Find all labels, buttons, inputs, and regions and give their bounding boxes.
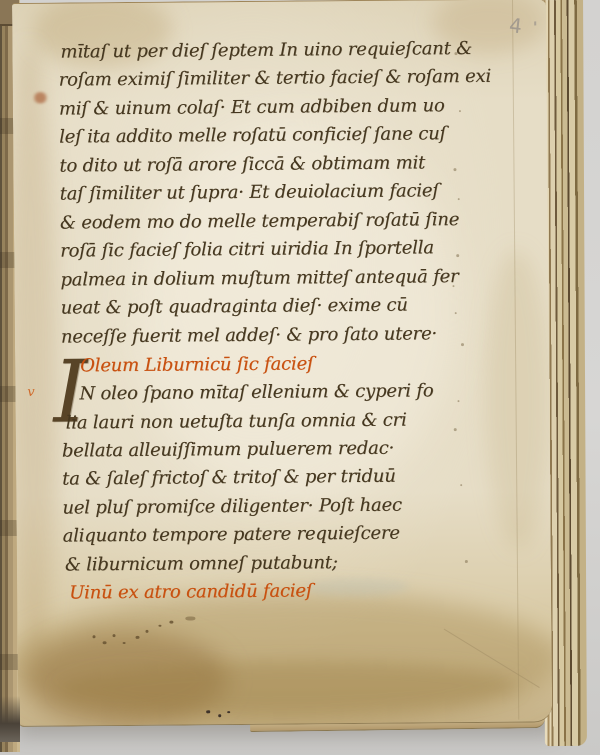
ink-speck [169,621,173,624]
scratch-mark [444,629,540,688]
text-line: & eodem mo do melle temperabiſ roſatū ſi… [60,209,459,234]
text-line: roſam eximiſ ſimiliter & tertio facieſ &… [59,66,492,91]
ink-speck [123,642,126,644]
text-line: roſā ſic facieſ folia citri uiridia In ſ… [60,237,434,262]
text-line: miſ & uinum colaſ· Et cum adbiben dum uo [59,95,445,120]
text-line: taſ ſimiliter ut ſupra· Et deuiolacium f… [60,180,439,205]
folio-tick-mark [534,21,536,25]
rubric-heading: Oleum Liburnicū ſic facieſ [80,353,313,377]
text-line: leſ ita addito melle roſatū conficieſ ſa… [59,123,446,148]
rubric-heading: Uinū ex atro candidū facieſ [69,580,312,604]
text-line: to dito ut roſā arore ſiccā & obtimam mi… [59,152,425,177]
margin-correction-mark: v [27,386,34,399]
margin-dot [454,428,457,431]
margin-dot [461,343,464,346]
ink-speck [136,636,140,639]
text-line: N oleo ſpano mītaſ ellenium & cyperi fo [79,380,433,405]
margin-dot [465,560,468,563]
text-line: lia lauri non uetuſta tunſa omnia & cri [66,410,407,435]
rust-blot [32,92,49,104]
ink-speck [158,625,161,627]
text-line: neceſſe fuerit mel addeſ· & pro ſato ute… [61,323,437,348]
spine-bottom-shadow [0,696,20,742]
parchment-page: 4 I v mītaſ ut per dieſ ſeptem In uino r… [12,0,552,727]
ink-speck [93,635,96,638]
folio-number: 4 [508,15,523,36]
manuscript-photo: 4 I v mītaſ ut per dieſ ſeptem In uino r… [0,0,600,755]
page-crease [512,0,519,720]
margin-dot [456,254,459,257]
ink-speck [145,630,148,633]
margin-dot [457,400,459,402]
text-line: bellata alleuiſſimum puluerem redac· [62,438,394,462]
text-line: uel pluſ promiſce diligenter· Poſt haec [62,495,402,520]
ink-speck [227,711,230,713]
stain [484,249,551,550]
stain [12,589,552,727]
text-line: palmea in dolium muſtum mitteſ antequā f… [60,266,458,291]
margin-dot [460,484,462,486]
stain [23,630,228,727]
margin-dot [458,198,460,200]
text-line: aliquanto tempore patere requieſcere [63,523,400,548]
margin-dot [453,168,456,171]
margin-dot [455,312,457,314]
ink-speck [206,710,210,713]
text-line: mītaſ ut per dieſ ſeptem In uino requieſ… [60,38,472,63]
faded-smudge [305,578,409,597]
text-line: ta & ſaleſ frictoſ & tritoſ & per triduū [62,466,396,491]
ink-speck [103,641,107,644]
ink-speck [113,634,116,637]
stain [58,660,518,716]
text-line: ueat & poſt quadraginta dieſ· exime cū [61,295,408,320]
ink-smear [185,616,195,620]
margin-dot [459,110,461,112]
text-line: & liburnicum omneſ putabunt; [65,552,338,576]
ink-speck [218,714,221,717]
